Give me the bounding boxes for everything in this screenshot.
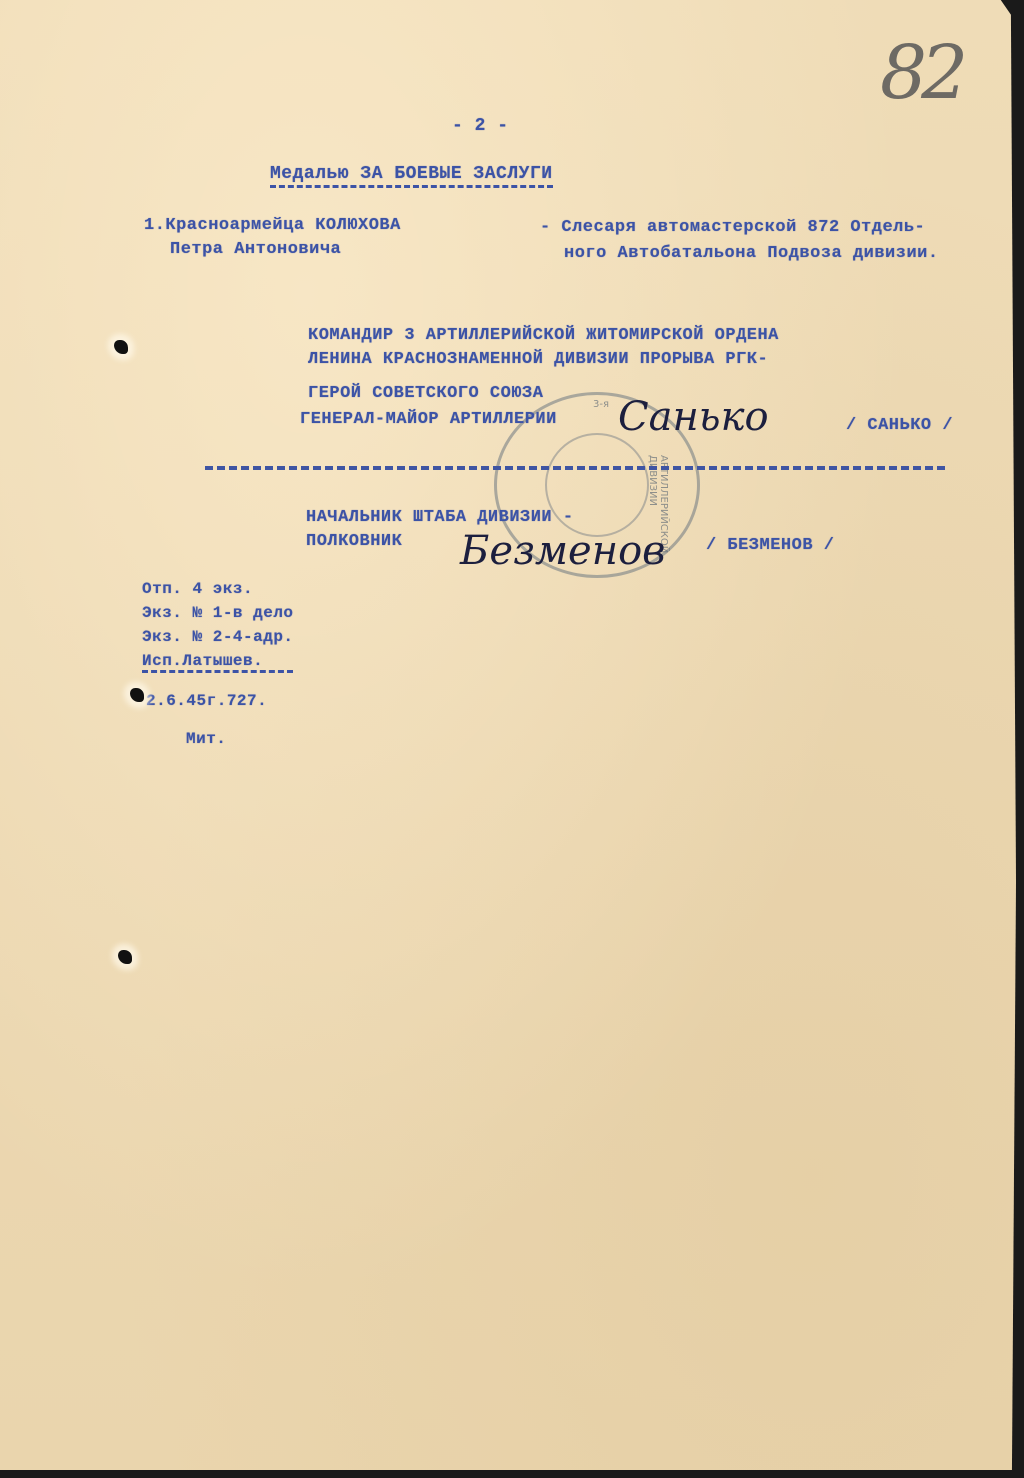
notes-line1: Отп. 4 экз. bbox=[142, 580, 253, 598]
commander-title-line3: ГЕРОЙ СОВЕТСКОГО СОЮЗА bbox=[308, 384, 543, 403]
archive-page-number: 82 bbox=[880, 30, 962, 116]
recipient-name-line1: 1.Красноармейца КОЛЮХОВА bbox=[144, 216, 401, 235]
notes-line6: Мит. bbox=[186, 730, 226, 748]
chief-name: / БЕЗМЕНОВ / bbox=[706, 536, 834, 555]
punch-hole bbox=[118, 950, 132, 964]
recipient-position-line1: - Слесаря автомастерской 872 Отдель- bbox=[540, 218, 925, 237]
chief-signature: Безменов bbox=[460, 528, 665, 574]
stamp-text-top: 3-я bbox=[593, 399, 609, 410]
notes-line5: 2.6.45г.727. bbox=[146, 692, 267, 710]
chief-title-line1: НАЧАЛЬНИК ШТАБА ДИВИЗИИ - bbox=[306, 508, 574, 527]
award-heading: Медалью ЗА БОЕВЫЕ ЗАСЛУГИ bbox=[270, 164, 553, 188]
separator-dashed-line bbox=[205, 466, 945, 470]
page-number-mark: - 2 - bbox=[452, 116, 509, 136]
punch-hole bbox=[114, 340, 128, 354]
punch-hole bbox=[130, 688, 144, 702]
notes-line2: Экз. № 1-в дело bbox=[142, 604, 294, 622]
document-page: 82 - 2 - Медалью ЗА БОЕВЫЕ ЗАСЛУГИ 1.Кра… bbox=[0, 0, 1016, 1470]
commander-title-line4: ГЕНЕРАЛ-МАЙОР АРТИЛЛЕРИИ bbox=[300, 410, 557, 429]
commander-title-line2: ЛЕНИНА КРАСНОЗНАМЕННОЙ ДИВИЗИИ ПРОРЫВА Р… bbox=[308, 350, 768, 369]
commander-title-line1: КОМАНДИР 3 АРТИЛЛЕРИЙСКОЙ ЖИТОМИРСКОЙ ОР… bbox=[308, 326, 779, 345]
commander-signature: Санько bbox=[618, 394, 769, 440]
chief-title-line2: ПОЛКОВНИК bbox=[306, 532, 402, 551]
notes-line4: Исп.Латышев. bbox=[142, 652, 293, 673]
recipient-position-line2: ного Автобатальона Подвоза дивизии. bbox=[564, 244, 939, 263]
notes-line3: Экз. № 2-4-адр. bbox=[142, 628, 294, 646]
commander-name: / САНЬКО / bbox=[846, 416, 953, 435]
recipient-name-line2: Петра Антоновича bbox=[170, 240, 341, 259]
